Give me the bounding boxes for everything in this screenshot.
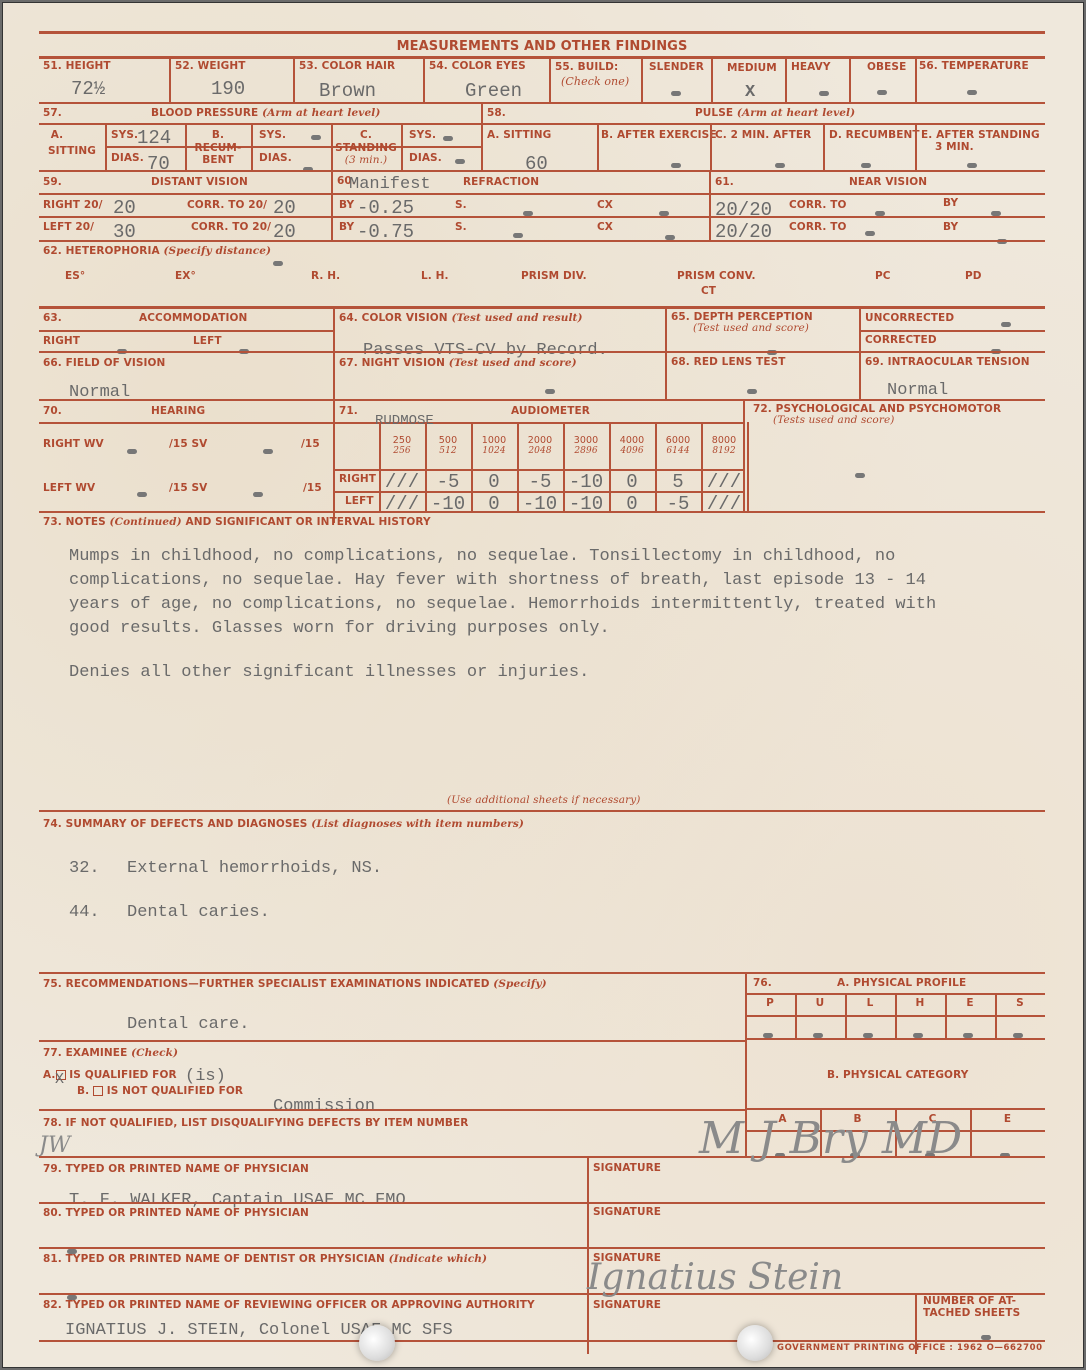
refraction-left-s bbox=[513, 233, 523, 238]
divider bbox=[711, 56, 713, 102]
punch-hole-right bbox=[737, 1325, 773, 1361]
audiometer-right-value: /// bbox=[379, 471, 425, 493]
divider bbox=[39, 399, 1045, 401]
audiometer-freq-alt: 512 bbox=[425, 446, 471, 456]
divider bbox=[39, 1247, 1045, 1249]
pulse-after-standing-value bbox=[967, 163, 977, 168]
divider bbox=[39, 193, 1045, 195]
recommendations-label: 75. RECOMMENDATIONS—FURTHER SPECIALIST E… bbox=[43, 978, 547, 990]
eyes-value: Green bbox=[465, 80, 522, 102]
divider bbox=[587, 1156, 589, 1354]
hair-value: Brown bbox=[319, 80, 376, 102]
divider bbox=[481, 102, 483, 170]
color-vision-label: 64. COLOR VISION (Test used and result) bbox=[339, 312, 583, 324]
audiometer-title: AUDIOMETER bbox=[511, 405, 590, 417]
divider bbox=[39, 306, 1045, 309]
heterophoria-label: 62. HETEROPHORIA (Specify distance) bbox=[43, 245, 271, 257]
audiometer-right-label: RIGHT bbox=[339, 473, 376, 485]
divider bbox=[549, 56, 551, 102]
divider bbox=[745, 1038, 1045, 1040]
temperature-value bbox=[967, 90, 977, 95]
hearing-right-sv bbox=[263, 449, 273, 454]
dentist81-label: 81. TYPED OR PRINTED NAME OF DENTIST OR … bbox=[43, 1253, 487, 1265]
accommodation-title: ACCOMMODATION bbox=[139, 312, 247, 324]
profile-col-e: E bbox=[945, 997, 995, 1009]
audiometer-freq: 6000 bbox=[655, 435, 701, 446]
divider bbox=[39, 330, 335, 332]
near-left-by-label: BY bbox=[943, 221, 958, 233]
audiometer-freq: 8000 bbox=[701, 435, 747, 446]
eyes-label: 54. COLOR EYES bbox=[429, 60, 526, 72]
divider bbox=[39, 1340, 1045, 1342]
bp-num: 57. bbox=[43, 107, 62, 119]
corrected-label: CORRECTED bbox=[865, 334, 937, 346]
heterophoria-es: ES° bbox=[65, 270, 85, 282]
category-col-e: E bbox=[970, 1113, 1045, 1125]
bp-recumbent-dias-label: DIAS. bbox=[259, 152, 292, 164]
profile-title: A. PHYSICAL PROFILE bbox=[837, 977, 966, 989]
audiometer-freq: 3000 bbox=[563, 435, 609, 446]
audiometer-right-value: 5 bbox=[655, 471, 701, 493]
examinee-label: 77. EXAMINEE (Check) bbox=[43, 1047, 178, 1059]
refraction-left-cx-label: CX bbox=[597, 221, 613, 233]
refraction-left-s-label: S. bbox=[455, 221, 467, 233]
audiometer-freq-alt: 8192 bbox=[701, 446, 747, 456]
hearing-right-sv-label: /15 SV bbox=[169, 438, 207, 450]
summary-label: 74. SUMMARY OF DEFECTS AND DIAGNOSES (Li… bbox=[43, 818, 524, 830]
night-vision-value bbox=[545, 389, 555, 394]
divider bbox=[39, 1202, 1045, 1204]
bp-standing-label2: (3 min.) bbox=[331, 154, 401, 166]
pulse-2min-value bbox=[775, 163, 785, 168]
top-border bbox=[39, 31, 1045, 34]
near-left-corr bbox=[865, 231, 875, 236]
divider bbox=[39, 1293, 1045, 1295]
audiometer-freq-alt: 2048 bbox=[517, 446, 563, 456]
near-left-corr-label: CORR. TO bbox=[789, 221, 847, 233]
divider bbox=[39, 810, 1045, 812]
summary-item-1-text: External hemorrhoids, NS. bbox=[127, 859, 382, 878]
audiometer-right-value: -5 bbox=[517, 471, 563, 493]
heterophoria-pd: PD bbox=[965, 270, 982, 282]
uncorrected-label: UNCORRECTED bbox=[865, 312, 954, 324]
audiometer-right-value: -10 bbox=[563, 471, 609, 493]
divider bbox=[745, 1015, 1045, 1017]
red-lens-label: 68. RED LENS TEST bbox=[671, 356, 786, 368]
attached-sheets-label: NUMBER OF AT- bbox=[923, 1295, 1016, 1307]
divider bbox=[401, 123, 403, 170]
near-vision-num: 61. bbox=[715, 176, 734, 188]
pulse-after-standing-label: E. AFTER STANDING bbox=[921, 129, 1040, 141]
form-title: MEASUREMENTS AND OTHER FINDINGS bbox=[39, 39, 1045, 54]
divider bbox=[915, 123, 917, 170]
audiometer-right-value: 0 bbox=[609, 471, 655, 493]
divider bbox=[785, 56, 787, 102]
reviewer82-label: 82. TYPED OR PRINTED NAME OF REVIEWING O… bbox=[43, 1299, 535, 1311]
refraction-title: REFRACTION bbox=[463, 176, 539, 188]
heterophoria-ct: CT bbox=[701, 285, 716, 297]
bp-standing-dias bbox=[455, 159, 465, 164]
heterophoria-pc: PC bbox=[875, 270, 891, 282]
punch-hole-left bbox=[359, 1325, 395, 1361]
attached-sheets-label2: TACHED SHEETS bbox=[923, 1307, 1020, 1319]
hair-label: 53. COLOR HAIR bbox=[299, 60, 395, 72]
heterophoria-prism-div: PRISM DIV. bbox=[521, 270, 587, 282]
weight-value: 190 bbox=[211, 78, 245, 100]
pulse-after-exercise-value bbox=[671, 163, 681, 168]
pulse-recumbent-label: D. RECUMBENT bbox=[829, 129, 920, 141]
temperature-label: 56. TEMPERATURE bbox=[919, 60, 1029, 72]
height-label: 51. HEIGHT bbox=[43, 60, 111, 72]
examinee-paren: (is) bbox=[185, 1067, 226, 1086]
summary-item-2-text: Dental caries. bbox=[127, 903, 270, 922]
bp-sitting-label: SITTING bbox=[39, 145, 105, 157]
distant-right-corr-label: CORR. TO 20/ bbox=[187, 199, 267, 211]
pulse-recumbent-value bbox=[861, 163, 871, 168]
medical-exam-form-page: MEASUREMENTS AND OTHER FINDINGS 51. HEIG… bbox=[2, 2, 1084, 1368]
not-qualified-checkbox[interactable] bbox=[93, 1086, 103, 1096]
hearing-left-end: /15 bbox=[303, 482, 322, 494]
bp-sitting-a: A. bbox=[39, 129, 75, 141]
bp-recumbent-sys bbox=[311, 135, 321, 140]
divider bbox=[39, 170, 1045, 172]
weight-label: 52. WEIGHT bbox=[175, 60, 246, 72]
divider bbox=[105, 146, 481, 148]
divider bbox=[39, 351, 1045, 353]
audiometer-freq-alt: 2896 bbox=[563, 446, 609, 456]
audiometer-freq: 4000 bbox=[609, 435, 655, 446]
additional-sheets-note: (Use additional sheets if necessary) bbox=[447, 794, 640, 806]
refraction-method: Manifest bbox=[349, 175, 431, 194]
audiometer-left-label: LEFT bbox=[345, 495, 374, 507]
pulse-after-standing-label2: 3 MIN. bbox=[935, 141, 974, 153]
physician79-label: 79. TYPED OR PRINTED NAME OF PHYSICIAN bbox=[43, 1163, 309, 1175]
divider bbox=[915, 56, 917, 102]
profile-col-u: U bbox=[795, 997, 845, 1009]
audiometer-num: 71. bbox=[339, 405, 358, 417]
divider bbox=[293, 56, 295, 102]
accommodation-left-label: LEFT bbox=[193, 335, 222, 347]
reviewer82-signature-label: SIGNATURE bbox=[593, 1299, 661, 1311]
uncorrected-value bbox=[1001, 322, 1011, 327]
pulse-after-exercise-label: B. AFTER EXERCISE bbox=[601, 129, 717, 141]
qualified-for-value: Commission bbox=[273, 1097, 375, 1116]
bp-standing-c: C. bbox=[331, 129, 401, 141]
printing-office-footer: GOVERNMENT PRINTING OFFICE : 1962 O—6627… bbox=[777, 1343, 1043, 1353]
physician80-label: 80. TYPED OR PRINTED NAME OF PHYSICIAN bbox=[43, 1207, 309, 1219]
category-title: B. PHYSICAL CATEGORY bbox=[827, 1069, 968, 1081]
divider bbox=[39, 1040, 745, 1042]
hearing-left-wv bbox=[137, 492, 147, 497]
divider bbox=[331, 170, 333, 240]
height-value: 72½ bbox=[71, 78, 105, 100]
build-heavy: HEAVY bbox=[791, 61, 831, 73]
physician79-signature: M J Bry MD bbox=[699, 1113, 962, 1164]
accommodation-num: 63. bbox=[43, 312, 62, 324]
audiometer-right-value: /// bbox=[701, 471, 747, 493]
build-heavy-value bbox=[819, 91, 829, 96]
red-lens-value bbox=[747, 389, 757, 394]
heterophoria-lh: L. H. bbox=[421, 270, 449, 282]
recommendations-value: Dental care. bbox=[127, 1015, 249, 1034]
pulse-num: 58. bbox=[487, 107, 506, 119]
profile-col-h: H bbox=[895, 997, 945, 1009]
build-obese: OBESE bbox=[867, 61, 906, 73]
heterophoria-rh: R. H. bbox=[311, 270, 340, 282]
notes-label: 73. NOTES (Continued) AND SIGNIFICANT OR… bbox=[43, 516, 431, 528]
examiner-initials: JW bbox=[39, 1133, 70, 1158]
profile-col-l: L bbox=[845, 997, 895, 1009]
audiometer-freq: 250 bbox=[379, 435, 425, 446]
bp-sitting-sys-label: SYS. bbox=[111, 129, 138, 141]
qualified-check-mark: X bbox=[55, 1071, 64, 1088]
not-qualified-label: 78. IF NOT QUALIFIED, LIST DISQUALIFYING… bbox=[43, 1117, 468, 1129]
refraction-right-cx-label: CX bbox=[597, 199, 613, 211]
build-sub: (Check one) bbox=[561, 75, 629, 88]
bp-recumbent-label: RECUM- bbox=[185, 142, 251, 154]
heterophoria-ex: EX° bbox=[175, 270, 196, 282]
build-medium-value: X bbox=[745, 83, 755, 102]
depth-perception-sub: (Test used and score) bbox=[693, 322, 809, 334]
bp-title: BLOOD PRESSURE (Arm at heart level) bbox=[151, 107, 380, 119]
reviewer82-name: IGNATIUS J. STEIN, Colonel USAF MC SFS bbox=[65, 1321, 453, 1340]
hearing-num: 70. bbox=[43, 405, 62, 417]
audiometer-freq: 2000 bbox=[517, 435, 563, 446]
near-right-by-label: BY bbox=[943, 197, 958, 209]
divider bbox=[823, 123, 825, 170]
psychological-sub: (Tests used and score) bbox=[773, 414, 894, 426]
distant-vision-title: DISTANT VISION bbox=[151, 176, 248, 188]
refraction-left-by-label: BY bbox=[339, 221, 354, 233]
physician79-signature-label: SIGNATURE bbox=[593, 1162, 661, 1174]
bp-recumbent-sys-label: SYS. bbox=[259, 129, 286, 141]
divider bbox=[597, 123, 599, 170]
divider bbox=[39, 56, 1045, 59]
divider bbox=[709, 170, 711, 240]
summary-item-1-num: 32. bbox=[69, 859, 100, 878]
accommodation-right-label: RIGHT bbox=[43, 335, 80, 347]
bp-recumbent-a: B. bbox=[185, 129, 251, 141]
dentist81-value bbox=[67, 1249, 77, 1254]
audiometer-freq-alt: 1024 bbox=[471, 446, 517, 456]
audiometer-right-value: 0 bbox=[471, 471, 517, 493]
intraocular-label: 69. INTRAOCULAR TENSION bbox=[865, 356, 1030, 368]
audiometer-freq-alt: 256 bbox=[379, 446, 425, 456]
divider bbox=[423, 56, 425, 102]
divider bbox=[747, 422, 749, 511]
build-label: 55. BUILD: bbox=[555, 61, 618, 73]
build-slender-value bbox=[671, 91, 681, 96]
night-vision-label: 67. NIGHT VISION (Test used and score) bbox=[339, 357, 577, 369]
divider bbox=[251, 123, 253, 170]
hearing-left-sv-label: /15 SV bbox=[169, 482, 207, 494]
bp-standing-label: STANDING bbox=[331, 142, 401, 154]
notes-line-5: Denies all other significant illnesses o… bbox=[69, 663, 589, 682]
divider bbox=[849, 56, 851, 102]
divider bbox=[39, 102, 1045, 104]
profile-col-s: S bbox=[995, 997, 1045, 1009]
audiometer-freq-alt: 6144 bbox=[655, 446, 701, 456]
psychological-value bbox=[855, 473, 865, 478]
intraocular-value: Normal bbox=[887, 381, 948, 400]
reviewer82-mark bbox=[67, 1295, 77, 1300]
distant-left-corr-label: CORR. TO 20/ bbox=[191, 221, 271, 233]
audiometer-freq: 1000 bbox=[471, 435, 517, 446]
divider bbox=[39, 123, 1045, 125]
divider bbox=[710, 123, 712, 170]
examinee-b: B. IS NOT QUALIFIED FOR bbox=[77, 1085, 243, 1097]
near-right-corr-label: CORR. TO bbox=[789, 199, 847, 211]
distant-vision-num: 59. bbox=[43, 176, 62, 188]
refraction-right-by-label: BY bbox=[339, 199, 354, 211]
pulse-2min-label: C. 2 MIN. AFTER bbox=[715, 129, 811, 141]
distant-left-label: LEFT 20/ bbox=[43, 221, 94, 233]
refraction-right-s-label: S. bbox=[455, 199, 467, 211]
notes-line-2: complications, no sequelae. Hay fever wi… bbox=[69, 571, 926, 590]
divider bbox=[169, 56, 171, 102]
bp-sitting-dias-label: DIAS. bbox=[111, 152, 144, 164]
bp-standing-dias-label: DIAS. bbox=[409, 152, 442, 164]
audiometer-freq-alt: 4096 bbox=[609, 446, 655, 456]
near-vision-title: NEAR VISION bbox=[849, 176, 927, 188]
pulse-title: PULSE (Arm at heart level) bbox=[695, 107, 855, 119]
hearing-left-sv bbox=[253, 492, 263, 497]
audiometer-freq: 500 bbox=[425, 435, 471, 446]
build-medium: MEDIUM bbox=[727, 62, 777, 74]
heterophoria-prism-conv: PRISM CONV. bbox=[677, 270, 756, 282]
pulse-sitting-label: A. SITTING bbox=[487, 129, 551, 141]
divider bbox=[641, 56, 643, 102]
bp-standing-sys-label: SYS. bbox=[409, 129, 436, 141]
field-of-vision-label: 66. FIELD OF VISION bbox=[43, 357, 165, 369]
notes-line-1: Mumps in childhood, no complications, no… bbox=[69, 547, 895, 566]
hearing-left-wv-label: LEFT WV bbox=[43, 482, 95, 494]
heterophoria-value bbox=[273, 261, 283, 266]
divider bbox=[39, 511, 1045, 513]
hearing-title: HEARING bbox=[151, 405, 205, 417]
profile-col-p: P bbox=[745, 997, 795, 1009]
hearing-right-wv bbox=[127, 449, 137, 454]
audiometer-right-value: -5 bbox=[425, 471, 471, 493]
profile-num: 76. bbox=[753, 977, 772, 989]
notes-line-4: good results. Glasses worn for driving p… bbox=[69, 619, 610, 638]
distant-right-label: RIGHT 20/ bbox=[43, 199, 103, 211]
summary-item-2-num: 44. bbox=[69, 903, 100, 922]
divider bbox=[39, 1109, 745, 1111]
hearing-right-wv-label: RIGHT WV bbox=[43, 438, 104, 450]
bp-standing-sys bbox=[443, 136, 453, 141]
hearing-right-end: /15 bbox=[301, 438, 320, 450]
bp-recumbent-label2: BENT bbox=[185, 154, 251, 166]
reviewer82-signature: Ignatius Stein bbox=[587, 1257, 843, 1298]
notes-line-3: years of age, no complications, no seque… bbox=[69, 595, 936, 614]
build-slender: SLENDER bbox=[649, 61, 704, 73]
divider bbox=[859, 330, 1045, 332]
build-obese-value bbox=[877, 90, 887, 95]
divider bbox=[39, 216, 1045, 218]
divider bbox=[39, 240, 1045, 242]
physician80-signature-label: SIGNATURE bbox=[593, 1206, 661, 1218]
divider bbox=[39, 972, 1045, 974]
